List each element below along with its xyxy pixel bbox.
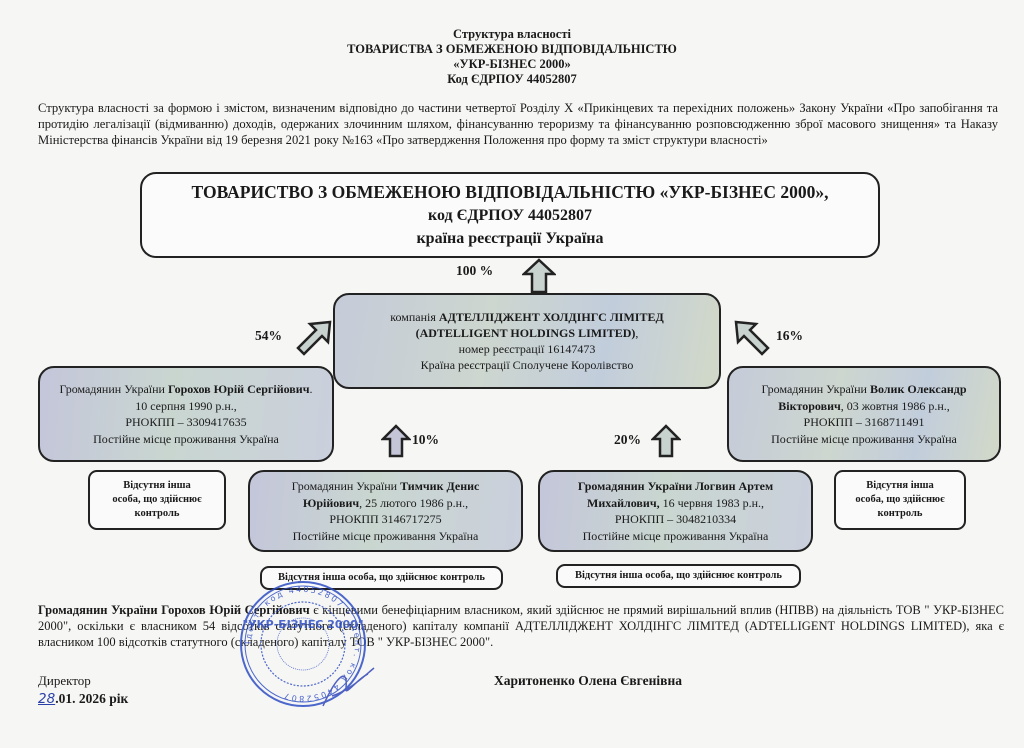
lohvyn-share-label: 20% (614, 432, 641, 448)
arrow-up-icon (651, 424, 681, 458)
signer-name: Харитоненко Олена Євгенівна (494, 673, 682, 689)
owner-prefix: Громадянин України Логвин Артем (578, 479, 773, 493)
intro-paragraph: Структура власності за формою і змістом,… (38, 100, 998, 148)
conclusion-beneficiary: Громадянин України Горохов Юрій Сергійов… (38, 603, 310, 617)
owner-tax-id: РНОКПП – 3168711491 (804, 414, 925, 431)
owner-after-name: . (309, 382, 312, 396)
note-line: Відсутня інша (855, 479, 944, 493)
owner-tax-id: РНОКПП – 3309417635 (125, 414, 246, 431)
owner-residence: Постійне місце проживання Україна (583, 528, 769, 545)
main-entity-country: країна реєстрації Україна (416, 227, 603, 250)
note-line: особа, що здійснює (855, 493, 944, 507)
owner-tax-id: РНОКПП – 3048210334 (615, 511, 736, 528)
owner-name-cont: Юрійович (303, 496, 359, 510)
main-entity-name: ТОВАРИСТВО З ОБМЕЖЕНОЮ ВІДПОВІДАЛЬНІСТЮ … (192, 180, 829, 204)
arrow-up-left-icon (732, 318, 776, 362)
holding-country: Країна реєстрації Сполучене Королівство (421, 357, 634, 373)
signature-scribble-icon (323, 668, 374, 706)
owner-name: Тимчик Денис (400, 479, 479, 493)
holding-company-box: компанія АДТЕЛЛІДЖЕНТ ХОЛДІНГС ЛІМІТЕД (… (333, 293, 721, 389)
owner-name: Горохов Юрій Сергійович (168, 382, 310, 396)
holding-suffix: , (635, 326, 638, 340)
arrow-up-right-icon (290, 318, 334, 362)
owner-box-tymchyk: Громадянин України Тимчик Денис Юрійович… (248, 470, 523, 552)
no-control-note-volyk: Відсутня інша особа, що здійснює контрол… (834, 470, 966, 530)
header-line-4: Код ЄДРПОУ 44052807 (0, 72, 1024, 87)
owner-name-cont: Вікторович (778, 399, 841, 413)
holding-prefix: компанія (390, 310, 439, 324)
owner-residence: Постійне місце проживання Україна (293, 528, 479, 545)
holding-name: АДТЕЛЛІДЖЕНТ ХОЛДІНГС ЛІМІТЕД (439, 310, 664, 324)
note-line: особа, що здійснює (112, 493, 201, 507)
main-entity-box: ТОВАРИСТВО З ОБМЕЖЕНОЮ ВІДПОВІДАЛЬНІСТЮ … (140, 172, 880, 258)
arrow-up-icon (381, 424, 411, 458)
owner-residence: Постійне місце проживання Україна (93, 431, 279, 448)
conclusion-paragraph: Громадянин України Горохов Юрій Сергійов… (38, 602, 1004, 650)
director-label: Директор (38, 673, 91, 689)
tymchyk-share-label: 10% (412, 432, 439, 448)
no-control-note-gorokhov: Відсутня інша особа, що здійснює контрол… (88, 470, 226, 530)
header-line-2: ТОВАРИСТВА З ОБМЕЖЕНОЮ ВІДПОВІДАЛЬНІСТЮ (0, 42, 1024, 57)
owner-birthdate: 10 серпня 1990 р.н., (135, 398, 237, 415)
note-line: контроль (855, 507, 944, 521)
header-line-1: Структура власності (0, 27, 1024, 42)
note-line: контроль (112, 507, 201, 521)
no-control-note-tymchyk: Відсутня інша особа, що здійснює контрол… (260, 566, 503, 590)
owner-residence: Постійне місце проживання Україна (771, 431, 957, 448)
owner-prefix: Громадянин України (60, 382, 168, 396)
owner-name: Волик Олександр (870, 382, 967, 396)
owner-after-name: , 03 жовтня 1986 р.н., (841, 399, 950, 413)
owner-after-name: , 25 лютого 1986 р.н., (359, 496, 468, 510)
holding-reg: номер реєстрації 16147473 (459, 341, 596, 357)
arrow-up-icon (522, 258, 556, 294)
volyk-share-label: 16% (776, 328, 803, 344)
holding-share-label: 100 % (456, 263, 493, 279)
document-header: Структура власності ТОВАРИСТВА З ОБМЕЖЕН… (0, 27, 1024, 87)
owner-box-lohvyn: Громадянин України Логвин Артем Михайлов… (538, 470, 813, 552)
gorokhov-share-label: 54% (255, 328, 282, 344)
main-entity-code: код ЄДРПОУ 44052807 (428, 204, 592, 227)
owner-name: Михайлович, (587, 496, 660, 510)
owner-box-gorokhov: Громадянин України Горохов Юрій Сергійов… (38, 366, 334, 462)
date-rest: .01. 2026 рік (55, 691, 128, 706)
note-line: Відсутня інша (112, 479, 201, 493)
owner-box-volyk: Громадянин України Волик Олександр Вікто… (727, 366, 1001, 462)
owner-prefix: Громадянин України (292, 479, 400, 493)
header-line-3: «УКР-БІЗНЕС 2000» (0, 57, 1024, 72)
owner-tax-id: РНОКПП 3146717275 (329, 511, 441, 528)
holding-name-latin: (ADTELLIGENT HOLDINGS LIMITED) (416, 326, 636, 340)
date-handwritten-day: 28 (38, 691, 55, 707)
signing-date: 28.01. 2026 рік (38, 691, 128, 707)
owner-prefix: Громадянин України (761, 382, 869, 396)
owner-after-name: 16 червня 1983 р.н., (660, 496, 764, 510)
no-control-note-lohvyn: Відсутня інша особа, що здійснює контрол… (556, 564, 801, 588)
